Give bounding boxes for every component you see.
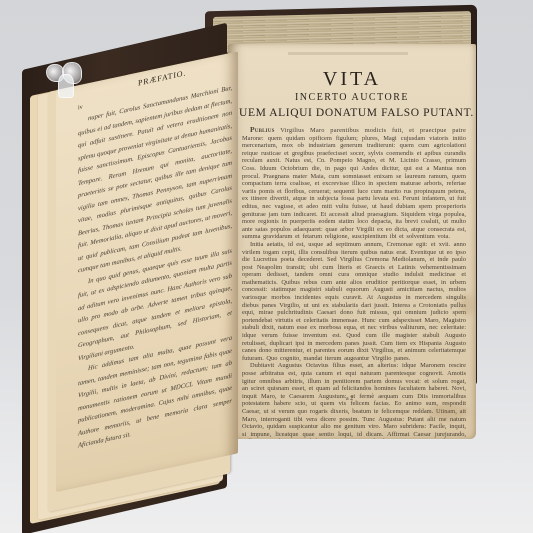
page-stain [428, 404, 468, 420]
page-heading: QUEM ALIQUI DONATUM FALSO PUTANT. [228, 107, 476, 119]
left-page-body: nuper fuit, Carolus Sanctamandanus March… [78, 83, 232, 453]
right-running-head-faint [288, 52, 408, 55]
page-stain [460, 294, 474, 316]
paragraph: Dubitavit Augustus Octavius filius esset… [242, 362, 466, 439]
signature-mark: a 2 [346, 396, 353, 402]
right-page-body: Publius Virgilius Maro parentibus modici… [242, 126, 466, 439]
paragraph-text: Virgilius Maro parentibus modicis fuit, … [242, 127, 466, 240]
paragraph: Initia aetatis, id est, usque ad septimu… [242, 241, 466, 363]
paragraph: nuper fuit, Carolus Sanctamandanus March… [78, 83, 232, 278]
glass-angel-figurine [44, 60, 86, 98]
page-title: VITA [228, 68, 476, 91]
paragraph: Publius Virgilius Maro parentibus modici… [242, 126, 466, 241]
first-word: Publius [250, 125, 275, 134]
book-photo: VITA INCERTO AUCTORE QUEM ALIQUI DONATUM… [0, 0, 533, 533]
left-page-number: iv [78, 104, 83, 111]
left-running-head: PRÆFATIO. [138, 68, 186, 87]
page-subtitle: INCERTO AUCTORE [228, 92, 476, 103]
right-page: VITA INCERTO AUCTORE QUEM ALIQUI DONATUM… [228, 44, 476, 439]
angel-body [58, 74, 74, 98]
left-page: PRÆFATIO. iv nuper fuit, Carolus Sanctam… [56, 51, 238, 492]
